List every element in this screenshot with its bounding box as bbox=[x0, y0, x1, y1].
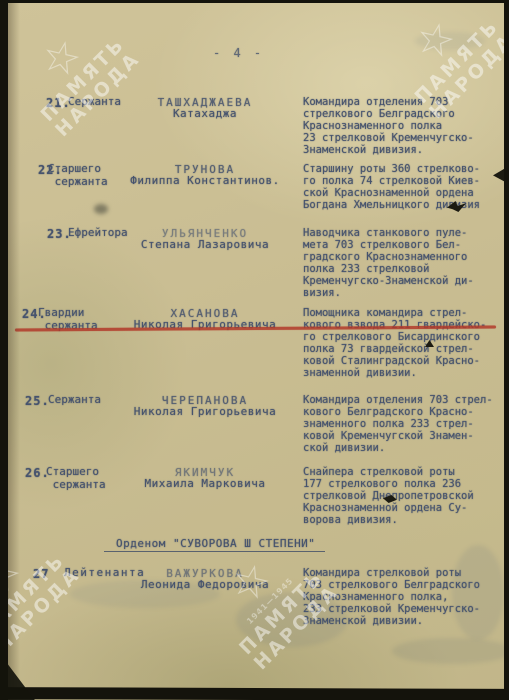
ink-smudge bbox=[94, 204, 108, 214]
entry-description: Командира отделения 703 стрелкового Белг… bbox=[303, 96, 505, 156]
paper-sheet: - 4 - 21. Сержанта ТАШХАДЖАЕВА Катахаджа… bbox=[0, 0, 509, 700]
scan-edge-bottom bbox=[0, 687, 509, 700]
scan-edge-left bbox=[0, 0, 8, 700]
ink-bleed-stain bbox=[392, 638, 509, 664]
entry-name-given: Степана Лазаровича bbox=[112, 238, 298, 251]
document-scan: - 4 - 21. Сержанта ТАШХАДЖАЕВА Катахаджа… bbox=[0, 0, 509, 700]
ink-bleed-stain bbox=[415, 32, 485, 50]
entry-description: Снайпера стрелковой роты 177 стрелкового… bbox=[303, 466, 505, 526]
entry-name-given: Катахаджа bbox=[112, 107, 298, 120]
entry-name-given: Михаила Марковича bbox=[112, 477, 298, 490]
ink-bleed-stain bbox=[70, 580, 220, 608]
entry-rank: Старшего сержанта bbox=[46, 466, 106, 491]
star-icon: ☆ bbox=[35, 31, 89, 85]
entry-name-given: Николая Григорьевича bbox=[112, 405, 298, 418]
entry-description: Командира отделения 703 стрел- кового Бе… bbox=[303, 394, 505, 454]
scan-edge-right bbox=[504, 0, 509, 700]
entry-rank: Сержанта bbox=[48, 394, 101, 407]
page-number: - 4 - bbox=[213, 46, 264, 60]
entry-number: 25. bbox=[25, 394, 50, 408]
award-section-header: Орденом "СУВОРОВА Ш СТЕПЕНИ" bbox=[104, 537, 325, 552]
entry-description: Помощника командира стрел- кового взвода… bbox=[303, 307, 505, 379]
watermark-text: ПАМЯТЬ bbox=[411, 15, 504, 108]
entry-rank: Старшего сержанта bbox=[48, 163, 108, 188]
entry-number: 27 bbox=[33, 567, 49, 581]
entry-name-given: Филиппа Константинов. bbox=[112, 174, 298, 187]
entry-number: 21. bbox=[46, 96, 71, 110]
entry-description: Старшину роты 360 стрелково- го полка 74… bbox=[303, 163, 505, 211]
ink-bleed-stain bbox=[452, 545, 504, 640]
entry-description: Наводчика станкового пуле- мета 703 стре… bbox=[303, 227, 505, 299]
scan-edge-shadow bbox=[8, 0, 20, 700]
scan-edge-top bbox=[0, 0, 509, 3]
watermark: ☆ ПАМЯТЬ НАРОДА bbox=[9, 5, 146, 142]
ink-bleed-stain bbox=[236, 592, 348, 647]
